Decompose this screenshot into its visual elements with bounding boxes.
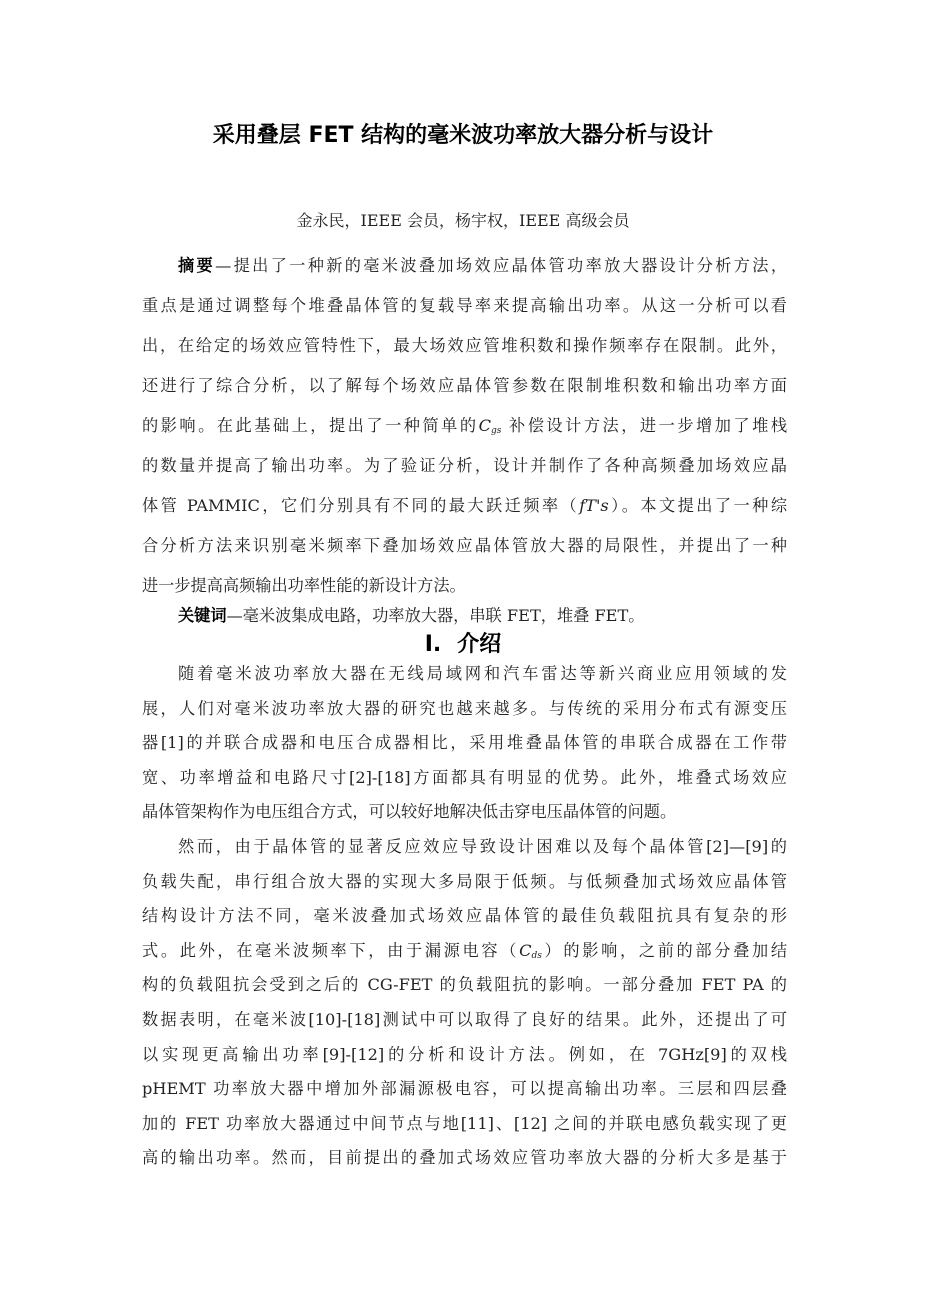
abstract-label: 摘要 (178, 256, 215, 275)
paper-page: 采用叠层 FET 结构的毫米波功率放大器分析与设计 金永民，IEEE 会员，杨宇… (0, 0, 926, 1309)
text-line: 高的输出功率。然而，目前提出的叠加式场效应管功率放大器的分析大多是基于 (142, 1141, 787, 1176)
symbol-ft: fT's (579, 496, 609, 515)
abstract-line: 重点是通过调整每个堆叠晶体管的复载导率来提高输出功率。从这一分析可以看 (142, 286, 787, 326)
abstract-line: 进一步提高高频输出功率性能的新设计方法。 (142, 566, 787, 606)
text-line: 结构设计方法不同，毫米波叠加式场效应晶体管的最佳负载阻抗具有复杂的形 (142, 899, 787, 934)
text-line: 随着毫米波功率放大器在无线局域网和汽车雷达等新兴商业应用领域的发 (142, 657, 787, 692)
keywords-text: —毫米波集成电路，功率放大器，串联 FET，堆叠 FET。 (227, 606, 645, 625)
text-line: 晶体管架构作为电压组合方式，可以较好地解决低击穿电压晶体管的问题。 (142, 795, 787, 830)
abstract-line: 出，在给定的场效应管特性下，最大场效应管堆积数和操作频率存在限制。此外， (142, 326, 787, 366)
intro-paragraph-2: 然而，由于晶体管的显著反应效应导致设计困难以及每个晶体管[2]—[9]的 负载失… (142, 830, 787, 1176)
text-line: 展，人们对毫米波功率放大器的研究也越来越多。与传统的采用分布式有源变压 (142, 692, 787, 727)
text-line: 式。此外，在毫米波频率下，由于漏源电容（Cds）的影响，之前的部分叠加结 (142, 934, 787, 969)
text-line: 然而，由于晶体管的显著反应效应导致设计困难以及每个晶体管[2]—[9]的 (142, 830, 787, 865)
paper-title: 采用叠层 FET 结构的毫米波功率放大器分析与设计 (0, 118, 926, 149)
text-line: 器[1]的并联合成器和电压合成器相比，采用堆叠晶体管的串联合成器在工作带 (142, 726, 787, 761)
keywords-label: 关键词 (178, 606, 227, 625)
section-heading: I.介绍 (0, 627, 926, 658)
abstract-line: 的数量并提高了输出功率。为了验证分析，设计并制作了各种高频叠加场效应晶 (142, 446, 787, 486)
intro-paragraph-1: 随着毫米波功率放大器在无线局域网和汽车雷达等新兴商业应用领域的发 展，人们对毫米… (142, 657, 787, 830)
symbol-cgs: Cgs (479, 416, 502, 435)
symbol-cds: Cds (519, 941, 542, 960)
abstract-line: 摘要—提出了一种新的毫米波叠加场效应晶体管功率放大器设计分析方法， (142, 246, 787, 286)
abstract-line: 体管 PAMMIC，它们分别具有不同的最大跃迁频率（fT's）。本文提出了一种综 (142, 486, 787, 526)
section-title: 介绍 (457, 632, 501, 657)
text-line: 构的负载阻抗会受到之后的 CG-FET 的负载阻抗的影响。一部分叠加 FET P… (142, 968, 787, 1003)
text-line: 加的 FET 功率放大器通过中间节点与地[11]、[12] 之间的并联电感负载实… (142, 1107, 787, 1142)
section-number: I. (425, 632, 442, 657)
text-line: 宽、功率增益和电路尺寸[2]-[18]方面都具有明显的优势。此外，堆叠式场效应 (142, 761, 787, 796)
abstract-line: 合分析方法来识别毫米频率下叠加场效应晶体管放大器的局限性，并提出了一种 (142, 526, 787, 566)
text-line: 数据表明，在毫米波[10]-[18]测试中可以取得了良好的结果。此外，还提出了可 (142, 1003, 787, 1038)
text-line: pHEMT 功率放大器中增加外部漏源极电容，可以提高输出功率。三层和四层叠 (142, 1072, 787, 1107)
text-line: 负载失配，串行组合放大器的实现大多局限于低频。与低频叠加式场效应晶体管 (142, 865, 787, 900)
author-line: 金永民，IEEE 会员，杨宇权，IEEE 高级会员 (0, 208, 926, 231)
keywords: 关键词—毫米波集成电路，功率放大器，串联 FET，堆叠 FET。 (142, 602, 787, 630)
abstract-line: 的影响。在此基础上，提出了一种简单的Cgs 补偿设计方法，进一步增加了堆栈 (142, 406, 787, 446)
abstract-line: 还进行了综合分析，以了解每个场效应晶体管参数在限制堆积数和输出功率方面 (142, 366, 787, 406)
abstract: 摘要—提出了一种新的毫米波叠加场效应晶体管功率放大器设计分析方法， 重点是通过调… (142, 246, 787, 606)
text-line: 以实现更高输出功率[9]-[12]的分析和设计方法。例如，在 7GHz[9]的双… (142, 1038, 787, 1073)
